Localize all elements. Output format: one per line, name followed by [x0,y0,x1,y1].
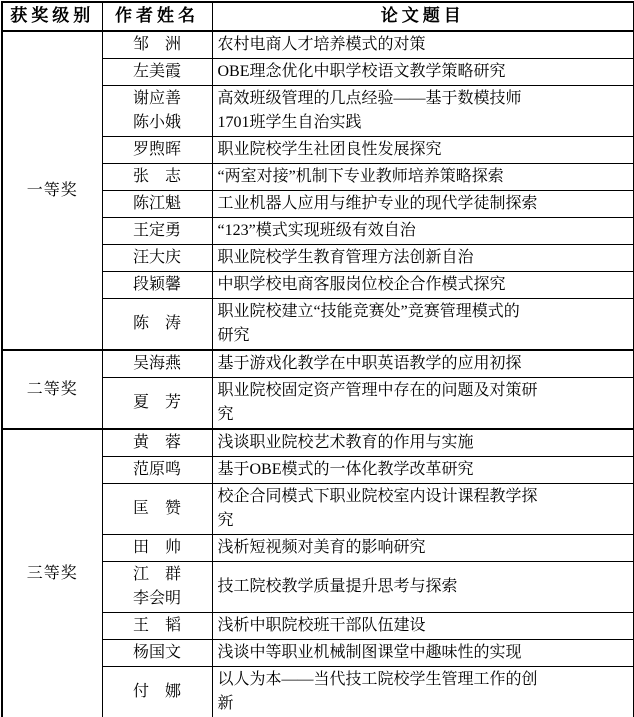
paper-title-cell: 技工院校教学质量提升思考与探索 [212,562,634,613]
author-name-cell: 付 娜 [102,667,212,717]
paper-title-cell: 浅谈职业院校艺术教育的作用与实施 [212,429,634,457]
col-header-award-level: 获奖级别 [2,2,102,31]
paper-title-cell: 职业院校学生教育管理方法创新自治 [212,245,634,272]
paper-title-cell: 农村电商人才培养模式的对策 [212,31,634,59]
document-page: 获奖级别 作者姓名 论文题目 一等奖邹 洲农村电商人才培养模式的对策左美霞OBE… [0,0,634,717]
author-name-cell: 王定勇 [102,218,212,245]
author-name-cell: 陈江魁 [102,191,212,218]
table-row: 二等奖吴海燕基于游戏化教学在中职英语教学的应用初探 [2,350,634,378]
author-name-cell: 陈 涛 [102,299,212,351]
author-name-cell: 段颖馨 [102,272,212,299]
paper-title-cell: 浅谈中等职业机械制图课堂中趣味性的实现 [212,640,634,667]
author-name-cell: 张 志 [102,164,212,191]
author-name-cell: 罗煦晖 [102,137,212,164]
paper-title-cell: 校企合同模式下职业院校室内设计课程教学探 究 [212,484,634,535]
col-header-author-name: 作者姓名 [102,2,212,31]
author-name-cell: 夏 芳 [102,378,212,430]
paper-title-cell: “123”模式实现班级有效自治 [212,218,634,245]
paper-title-cell: 职业院校学生社团良性发展探究 [212,137,634,164]
award-level-cell: 二等奖 [2,350,102,429]
author-name-cell: 江 群 李会明 [102,562,212,613]
paper-title-cell: 基于游戏化教学在中职英语教学的应用初探 [212,350,634,378]
paper-title-cell: 基于OBE模式的一体化教学改革研究 [212,457,634,484]
paper-title-cell: 以人为本——当代技工院校学生管理工作的创 新 [212,667,634,717]
award-group: 二等奖吴海燕基于游戏化教学在中职英语教学的应用初探夏 芳职业院校固定资产管理中存… [2,350,634,429]
author-name-cell: 汪大庆 [102,245,212,272]
author-name-cell: 黄 蓉 [102,429,212,457]
paper-title-cell: OBE理念优化中职学校语文教学策略研究 [212,59,634,86]
author-name-cell: 王 韬 [102,613,212,640]
author-name-cell: 范原鸣 [102,457,212,484]
paper-title-cell: 中职学校电商客服岗位校企合作模式探究 [212,272,634,299]
author-name-cell: 田 帅 [102,535,212,562]
paper-title-cell: 职业院校建立“技能竞赛处”竞赛管理模式的 研究 [212,299,634,351]
paper-title-cell: “两室对接”机制下专业教师培养策略探索 [212,164,634,191]
author-name-cell: 杨国文 [102,640,212,667]
award-level-cell: 三等奖 [2,429,102,717]
author-name-cell: 邹 洲 [102,31,212,59]
paper-title-cell: 职业院校固定资产管理中存在的问题及对策研 究 [212,378,634,430]
table-header-row: 获奖级别 作者姓名 论文题目 [2,2,634,31]
author-name-cell: 匡 赞 [102,484,212,535]
table-row: 一等奖邹 洲农村电商人才培养模式的对策 [2,31,634,59]
author-name-cell: 左美霞 [102,59,212,86]
table-row: 三等奖黄 蓉浅谈职业院校艺术教育的作用与实施 [2,429,634,457]
author-name-cell: 吴海燕 [102,350,212,378]
award-group: 一等奖邹 洲农村电商人才培养模式的对策左美霞OBE理念优化中职学校语文教学策略研… [2,31,634,350]
award-level-cell: 一等奖 [2,31,102,350]
author-name-cell: 谢应善 陈小娥 [102,86,212,137]
paper-title-cell: 高效班级管理的几点经验——基于数模技师 1701班学生自治实践 [212,86,634,137]
paper-title-cell: 浅析短视频对美育的影响研究 [212,535,634,562]
award-group: 三等奖黄 蓉浅谈职业院校艺术教育的作用与实施范原鸣基于OBE模式的一体化教学改革… [2,429,634,717]
col-header-paper-title: 论文题目 [212,2,634,31]
paper-title-cell: 浅析中职院校班干部队伍建设 [212,613,634,640]
awards-table: 获奖级别 作者姓名 论文题目 一等奖邹 洲农村电商人才培养模式的对策左美霞OBE… [1,1,634,717]
paper-title-cell: 工业机器人应用与维护专业的现代学徒制探索 [212,191,634,218]
